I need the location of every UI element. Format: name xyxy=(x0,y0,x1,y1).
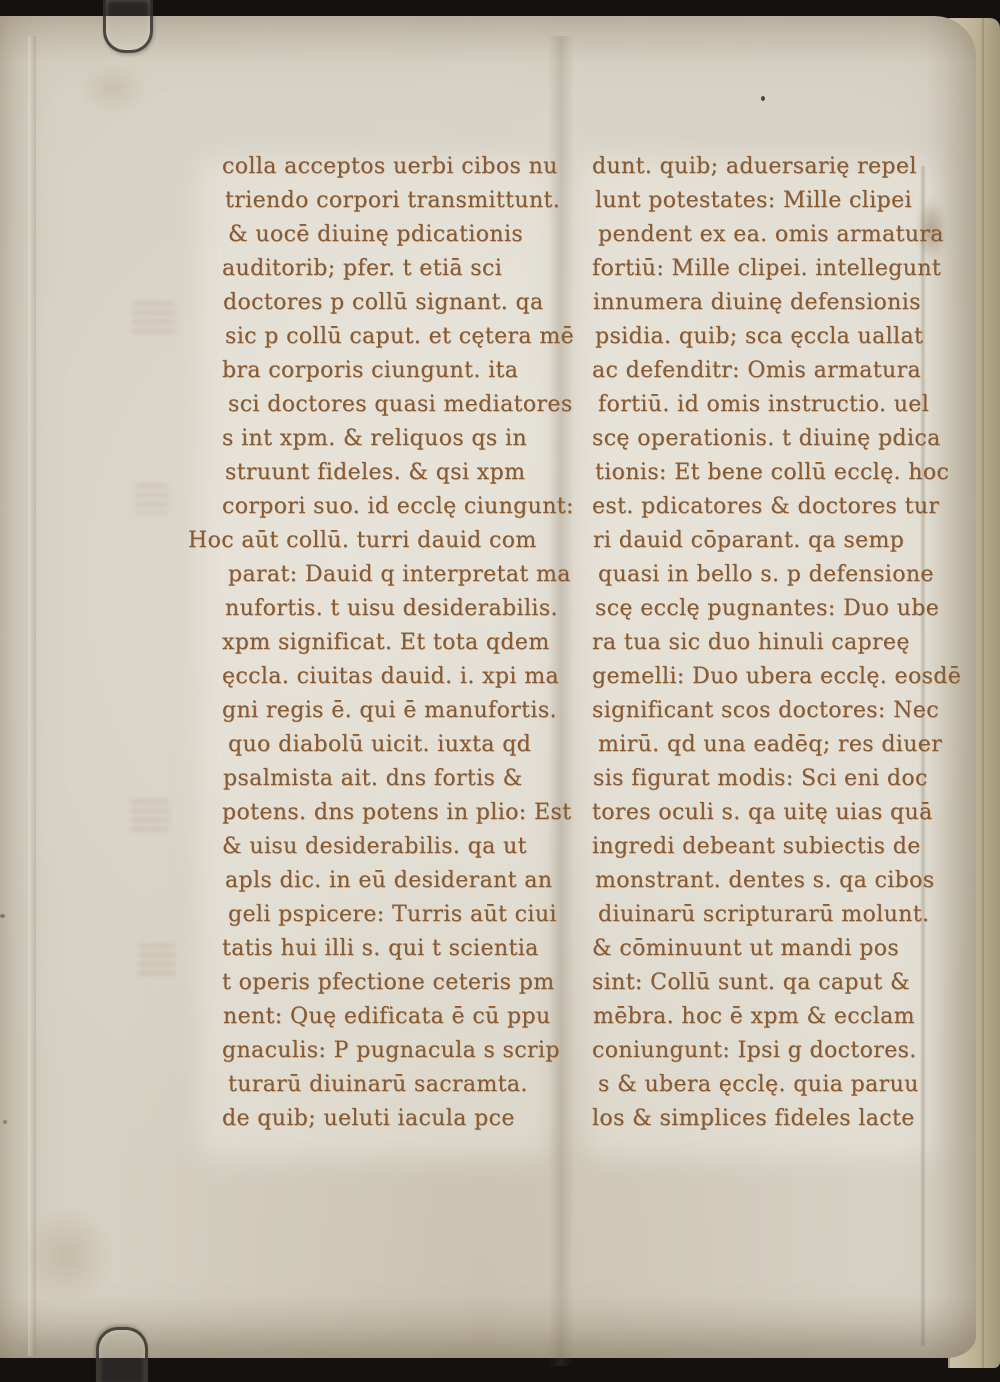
manuscript-text-line: geli pspicere: Turris aūt ciui xyxy=(228,898,582,932)
manuscript-text-line: pendent ex ea. omis armatura xyxy=(598,218,952,252)
manuscript-text-line: scę operationis. t diuinę pdica xyxy=(592,422,952,456)
manuscript-text-line: gni regis ē. qui ē manufortis. xyxy=(222,694,582,728)
manuscript-text-line: est. pdicatores & doctores tur xyxy=(592,490,952,524)
manuscript-text-line: & uisu desiderabilis. qa ut xyxy=(222,830,582,864)
ink-speck xyxy=(761,96,765,101)
manuscript-text-line: tores oculi s. qa uitę uias quā xyxy=(592,796,952,830)
manuscript-text-line: potens. dns potens in plio: Est xyxy=(222,796,582,830)
manuscript-text-line: & cōminuunt ut mandi pos xyxy=(592,932,952,966)
manuscript-text-line: auditorib; pfer. t etiā sci xyxy=(222,252,582,286)
manuscript-text-line: struunt fideles. & qsi xpm xyxy=(225,456,582,490)
manuscript-text-line: s int xpm. & reliquos qs in xyxy=(222,422,582,456)
show-through-mark xyxy=(130,800,170,832)
manuscript-column-right: dunt. quib; aduersarię repellunt potesta… xyxy=(592,150,952,1136)
manuscript-text-line: sci doctores quasi mediatores xyxy=(228,388,582,422)
manuscript-text-line: scę ecclę pugnantes: Duo ube xyxy=(595,592,952,626)
manuscript-text-line: corpori suo. id ecclę ciungunt: xyxy=(222,490,582,524)
page-clip-bottom xyxy=(96,1327,148,1382)
manuscript-text-line: tatis hui illi s. qui t scientia xyxy=(222,932,582,966)
manuscript-text-line: gemelli: Duo ubera ecclę. eosdē xyxy=(592,660,952,694)
manuscript-text-line: fortiū. id omis instructio. uel xyxy=(598,388,952,422)
manuscript-text-line: turarū diuinarū sacramta. xyxy=(228,1068,582,1102)
manuscript-text-line: lunt potestates: Mille clipei xyxy=(595,184,952,218)
manuscript-text-line: fortiū: Mille clipei. intellegunt xyxy=(592,252,952,286)
parchment-stain xyxy=(22,1206,112,1306)
manuscript-text-line: bra corporis ciungunt. ita xyxy=(222,354,582,388)
manuscript-text-line: Hoc aūt collū. turri dauid com xyxy=(188,524,582,558)
manuscript-text-line: t operis pfectione ceteris pm xyxy=(222,966,582,1000)
manuscript-text-line: psidia. quib; sca ęccla uallat xyxy=(595,320,952,354)
manuscript-text-line: nufortis. t uisu desiderabilis. xyxy=(225,592,582,626)
left-edge-fold xyxy=(28,36,36,1356)
manuscript-text-line: los & simplices fideles lacte xyxy=(592,1102,952,1136)
ink-speck xyxy=(0,914,5,918)
manuscript-text-line: monstrant. dentes s. qa cibos xyxy=(595,864,952,898)
manuscript-text-line: doctores p collū signant. qa xyxy=(223,286,582,320)
manuscript-text-line: ingredi debeant subiectis de xyxy=(592,830,952,864)
manuscript-column-left: colla acceptos uerbi cibos nutriendo cor… xyxy=(222,150,582,1136)
manuscript-text-line: parat: Dauid q interpretat ma xyxy=(228,558,582,592)
show-through-mark xyxy=(135,484,169,514)
manuscript-text-line: sint: Collū sunt. qa caput & xyxy=(592,966,952,1000)
manuscript-text-line: mirū. qd una eadēq; res diuer xyxy=(598,728,952,762)
manuscript-text-line: sic p collū caput. et cętera mē xyxy=(225,320,582,354)
page-clip-top xyxy=(103,0,153,53)
manuscript-text-line: ęccla. ciuitas dauid. i. xpi ma xyxy=(222,660,582,694)
ink-speck xyxy=(3,1120,7,1124)
manuscript-text-line: mēbra. hoc ē xpm & ecclam xyxy=(593,1000,952,1034)
show-through-mark xyxy=(132,302,174,336)
manuscript-text-line: innumera diuinę defensionis xyxy=(593,286,952,320)
manuscript-text-line: triendo corpori transmittunt. xyxy=(225,184,582,218)
manuscript-text-line: apls dic. in eū desiderant an xyxy=(225,864,582,898)
parchment-stain xyxy=(78,64,148,114)
manuscript-text-line: ra tua sic duo hinuli capreę xyxy=(592,626,952,660)
manuscript-text-line: coniungunt: Ipsi g doctores. xyxy=(592,1034,952,1068)
manuscript-text-line: s & ubera ęcclę. quia paruu xyxy=(598,1068,952,1102)
manuscript-text-line: dunt. quib; aduersarię repel xyxy=(592,150,952,184)
fore-edge-page-line xyxy=(982,18,984,1368)
manuscript-photo: { "manuscript": { "left_column": { "para… xyxy=(0,0,1000,1382)
manuscript-text-line: diuinarū scripturarū molunt. xyxy=(598,898,952,932)
manuscript-text-line: quo diabolū uicit. iuxta qd xyxy=(228,728,582,762)
manuscript-text-line: nent: Quę edificata ē cū ppu xyxy=(223,1000,582,1034)
manuscript-text-line: sis figurat modis: Sci eni doc xyxy=(593,762,952,796)
manuscript-text-line: xpm significat. Et tota qdem xyxy=(222,626,582,660)
manuscript-text-line: & uocē diuinę pdicationis xyxy=(228,218,582,252)
manuscript-text-line: ri dauid cōparant. qa semp xyxy=(593,524,952,558)
manuscript-text-line: ac defenditr: Omis armatura xyxy=(592,354,952,388)
manuscript-text-line: significant scos doctores: Nec xyxy=(592,694,952,728)
manuscript-text-line: de quib; ueluti iacula pce xyxy=(222,1102,582,1136)
show-through-mark xyxy=(138,944,174,978)
manuscript-text-line: colla acceptos uerbi cibos nu xyxy=(222,150,582,184)
manuscript-text-line: psalmista ait. dns fortis & xyxy=(223,762,582,796)
manuscript-text-line: quasi in bello s. p defensione xyxy=(598,558,952,592)
manuscript-text-line: gnaculis: P pugnacula s scrip xyxy=(222,1034,582,1068)
manuscript-text-line: tionis: Et bene collū ecclę. hoc xyxy=(595,456,952,490)
